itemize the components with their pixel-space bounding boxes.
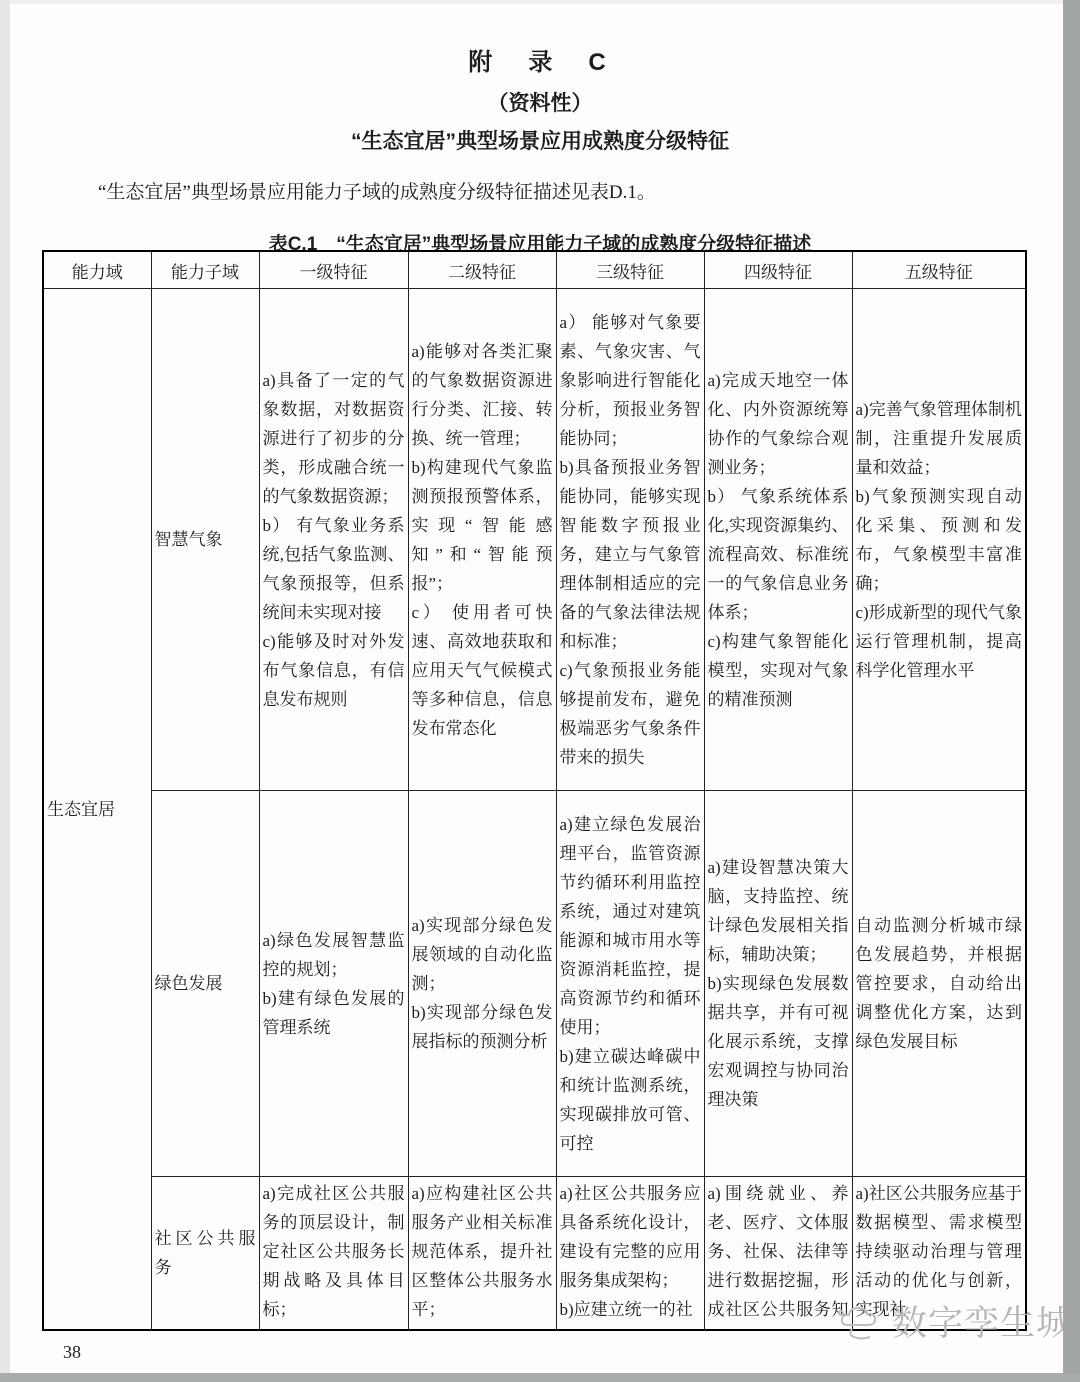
level4-cell: a)建设智慧决策大脑，支持监控、统计绿色发展相关指标，辅助决策； b)实现绿色发… — [704, 791, 852, 1177]
appendix-heading: “生态宜居”典型场景应用成熟度分级特征 — [0, 125, 1080, 155]
subdomain-cell: 智慧气象 — [151, 289, 259, 791]
level2-cell: a)实现部分绿色发展领域的自动化监测； b)实现部分绿色发展指标的预测分析 — [408, 791, 556, 1177]
document-page: 附 录 C （资料性） “生态宜居”典型场景应用成熟度分级特征 “生态宜居”典型… — [0, 0, 1080, 1382]
maturity-table: 能力域 能力子域 一级特征 二级特征 三级特征 四级特征 五级特征 生态宜居 智… — [42, 250, 1027, 1331]
clipped-text: a)围绕就业、养老、医疗、文体服务、社保、法律等进行数据挖掘，形成社区公共服务知… — [708, 1179, 849, 1327]
header-level1: 一级特征 — [259, 251, 408, 289]
header-level5: 五级特征 — [852, 251, 1026, 289]
clipped-text: a)社区公共服务应基于数据模型、需求模型持续驱动治理与管理活动的优化与创新，实现… — [856, 1179, 1023, 1327]
level2-cell: a)应构建社区公共服务产业相关标准规范体系，提升社区整体公共服务水平； — [408, 1177, 556, 1331]
table-header-row: 能力域 能力子域 一级特征 二级特征 三级特征 四级特征 五级特征 — [43, 251, 1026, 289]
level4-cell: a)完成天地空一体化、内外资源统筹协作的气象综合观测业务； b） 气象系统体系化… — [704, 289, 852, 791]
level1-cell: a)绿色发展智慧监控的规划； b)建有绿色发展的管理系统 — [259, 791, 408, 1177]
header-capability-subdomain: 能力子域 — [151, 251, 259, 289]
domain-cell: 生态宜居 — [43, 289, 151, 1331]
appendix-title: 附 录 C — [0, 42, 1080, 77]
clipped-text: a)应构建社区公共服务产业相关标准规范体系，提升社区整体公共服务水平； — [412, 1179, 553, 1327]
scan-edge-left — [0, 0, 10, 1382]
header-level2: 二级特征 — [408, 251, 556, 289]
clipped-text: a)完成社区公共服务的顶层设计，制定社区公共服务长期战略及具体目标； — [263, 1179, 405, 1327]
subdomain-cell: 绿色发展 — [151, 791, 259, 1177]
level1-cell: a)完成社区公共服务的顶层设计，制定社区公共服务长期战略及具体目标； — [259, 1177, 408, 1331]
level3-cell: a)建立绿色发展治理平台，监管资源节约循环利用监控系统，通过对建筑能源和城市用水… — [556, 791, 704, 1177]
level5-cell: a)完善气象管理体制机制，注重提升发展质量和效益； b)气象预测实现自动化采集、… — [852, 289, 1026, 791]
table-row-smart-weather: 生态宜居 智慧气象 a)具备了一定的气象数据，对数据资源进行了初步的分类，形成融… — [43, 289, 1026, 791]
intro-paragraph: “生态宜居”典型场景应用能力子域的成熟度分级特征描述见表D.1。 — [60, 179, 1020, 207]
header-level4: 四级特征 — [704, 251, 852, 289]
table-row-community-public-service: 社区公共服务 a)完成社区公共服务的顶层设计，制定社区公共服务长期战略及具体目标… — [43, 1177, 1026, 1331]
level1-cell: a)具备了一定的气象数据，对数据资源进行了初步的分类，形成融合统一的气象数据资源… — [259, 289, 408, 791]
level2-cell: a)能够对各类汇聚的气象数据资源进行分类、汇接、转换、统一管理； b)构建现代气… — [408, 289, 556, 791]
table-row-green-development: 绿色发展 a)绿色发展智慧监控的规划； b)建有绿色发展的管理系统 a)实现部分… — [43, 791, 1026, 1177]
clipped-text: a)社区公共服务应具备系统化设计，建设有完整的应用服务集成架构； b)应建立统一… — [560, 1179, 701, 1327]
scan-edge-right — [1063, 0, 1080, 1382]
subdomain-cell: 社区公共服务 — [151, 1177, 259, 1331]
appendix-subtitle: （资料性） — [0, 87, 1080, 117]
level4-cell: a)围绕就业、养老、医疗、文体服务、社保、法律等进行数据挖掘，形成社区公共服务知… — [704, 1177, 852, 1331]
header-level3: 三级特征 — [556, 251, 704, 289]
scan-edge-top — [0, 0, 1080, 4]
level3-cell: a)社区公共服务应具备系统化设计，建设有完整的应用服务集成架构； b)应建立统一… — [556, 1177, 704, 1331]
page-number: 38 — [63, 1342, 81, 1363]
header-capability-domain: 能力域 — [43, 251, 151, 289]
scan-edge-bottom — [0, 1373, 1080, 1382]
level3-cell: a） 能够对气象要素、气象灾害、气象影响进行智能化分析，预报业务智能协同； b)… — [556, 289, 704, 791]
level5-cell: 自动监测分析城市绿色发展趋势，并根据管控要求，自动给出调整优化方案，达到绿色发展… — [852, 791, 1026, 1177]
level5-cell: a)社区公共服务应基于数据模型、需求模型持续驱动治理与管理活动的优化与创新，实现… — [852, 1177, 1026, 1331]
